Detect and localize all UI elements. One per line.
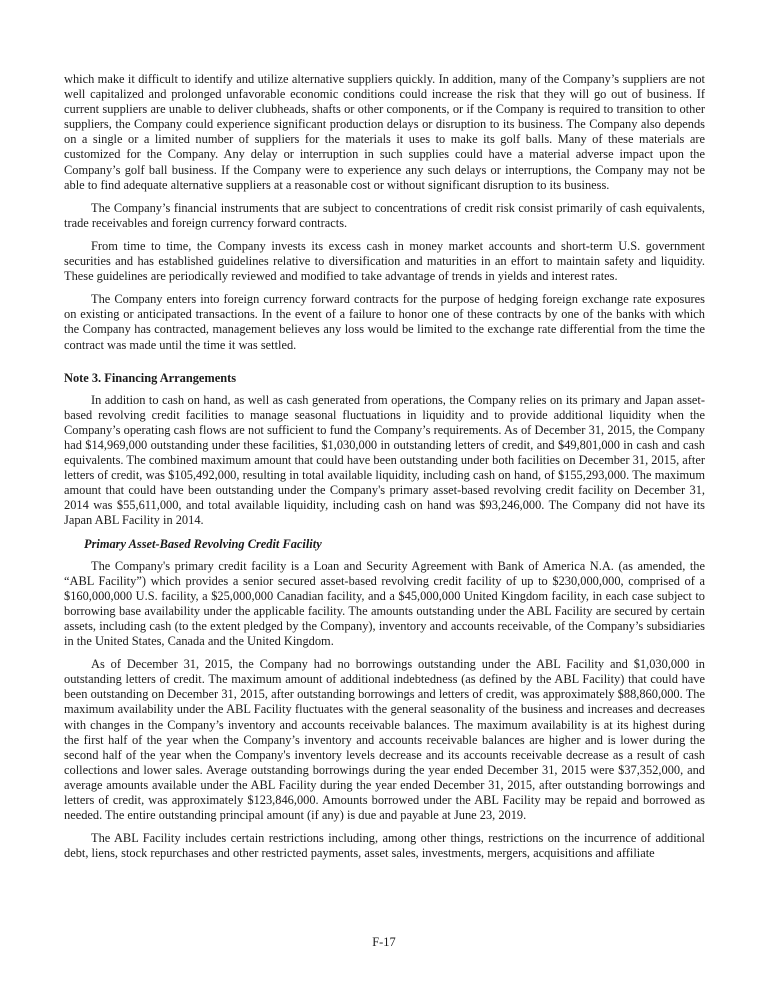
section-heading-note-3: Note 3. Financing Arrangements xyxy=(64,371,705,386)
page-number: F-17 xyxy=(0,935,768,950)
paragraph-forward-contracts: The Company enters into foreign currency… xyxy=(64,292,705,352)
paragraph-abl-availability: As of December 31, 2015, the Company had… xyxy=(64,657,705,823)
subsection-heading-primary-abl: Primary Asset-Based Revolving Credit Fac… xyxy=(84,537,705,552)
paragraph-credit-risk: The Company’s financial instruments that… xyxy=(64,201,705,231)
document-page: which make it difficult to identify and … xyxy=(64,72,705,869)
paragraph-suppliers-continued: which make it difficult to identify and … xyxy=(64,72,705,193)
paragraph-excess-cash: From time to time, the Company invests i… xyxy=(64,239,705,284)
paragraph-abl-restrictions: The ABL Facility includes certain restri… xyxy=(64,831,705,861)
paragraph-abl-description: The Company's primary credit facility is… xyxy=(64,559,705,650)
paragraph-financing-intro: In addition to cash on hand, as well as … xyxy=(64,393,705,529)
